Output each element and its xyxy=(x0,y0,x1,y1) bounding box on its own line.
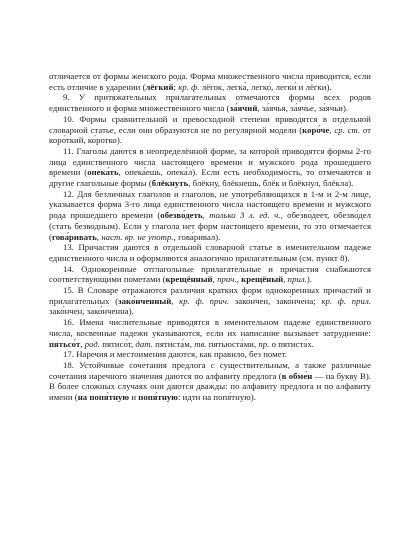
text-run: ). xyxy=(307,274,312,284)
text-run: тв. xyxy=(194,339,206,349)
paragraph: отличается от формы женского рода. Форма… xyxy=(49,71,371,92)
text-block: отличается от формы женского рода. Форма… xyxy=(49,71,371,403)
text-run: пр. xyxy=(258,339,269,349)
text-run: кр. ф. xyxy=(178,82,199,92)
text-run: крещённый xyxy=(165,274,212,284)
text-run: о пятиста́х. xyxy=(269,339,314,349)
text-run: блёкнуть xyxy=(152,178,188,188)
text-run: зако́нчен, зако́нчена; xyxy=(229,296,321,306)
text-run: на попя́тную xyxy=(78,392,129,402)
paragraph: 15. В Словаре отражаются различия кратки… xyxy=(49,285,371,317)
text-run: пятьюста́ми, xyxy=(207,339,259,349)
paragraph: 14. Однокоренные отглагольные прилагател… xyxy=(49,264,371,285)
paragraph: 12. Для безличных глаголов и глаголов, н… xyxy=(49,189,371,243)
paragraph: 13. Причастия даются в отдельной словарн… xyxy=(49,242,371,263)
text-run: : идти на попя́тную). xyxy=(178,392,256,402)
text-run: , xyxy=(171,296,179,306)
text-run: пятьсо́т xyxy=(49,339,80,349)
paragraph: 18. Устойчивые сочетания предлога с суще… xyxy=(49,360,371,403)
text-run: зако́нченный xyxy=(118,296,171,306)
text-run: гова́ривал). xyxy=(176,232,221,242)
text-run: лёгок, легка́, легко́, легки́ и лёгки). xyxy=(200,82,332,92)
paragraph: 16. Имена числительные приводятся в имен… xyxy=(49,317,371,349)
paragraph: 10. Формы сравнительной и превосходной с… xyxy=(49,114,371,146)
text-run: в обме́н xyxy=(282,371,313,381)
text-run: 17. Наречия и местоимения даются, как пр… xyxy=(63,349,287,359)
paragraph: 9. У притяжательных прилагательных отмеч… xyxy=(49,92,371,113)
text-run: 13. Причастия даются в отдельной словарн… xyxy=(49,242,371,263)
text-run: гова́ривать xyxy=(52,232,97,242)
text-run: дат. xyxy=(135,339,153,349)
text-run: род. xyxy=(85,339,100,349)
text-run: попя́тную xyxy=(138,392,178,402)
text-run: обезво́деть xyxy=(160,210,202,220)
text-run: 16. Имена числительные приводятся в имен… xyxy=(49,317,371,338)
text-run: прил. xyxy=(288,274,307,284)
paragraph: 11. Глаголы даются в неопределённой форм… xyxy=(49,146,371,189)
text-run: пятиста́м, xyxy=(153,339,194,349)
text-run: пятисо́т, xyxy=(100,339,135,349)
text-run: кр. ф. прил. xyxy=(321,296,371,306)
text-run: наст. вр. не употр., xyxy=(101,232,176,242)
text-run: , за́ячья, за́ячье, за́ячьи). xyxy=(257,103,348,113)
text-run: крещёный xyxy=(241,274,283,284)
text-run: опека́ть xyxy=(87,167,118,177)
text-run: зако́нчен, зако́нченна). xyxy=(49,306,134,316)
text-run: лёгкий xyxy=(146,82,174,92)
text-run: , блёкну, блёкнешь, блёк и блёкнул, блёк… xyxy=(188,178,353,188)
text-run: и xyxy=(129,392,138,402)
document-page: отличается от формы женского рода. Форма… xyxy=(0,0,410,540)
text-run: только 3 л. ед. ч., xyxy=(209,210,283,220)
text-run: кр. ф. прич. xyxy=(179,296,229,306)
text-run: за́ячий xyxy=(230,103,258,113)
text-run: коро́че xyxy=(302,125,329,135)
text-run: ср. ст. xyxy=(334,125,360,135)
paragraph: 17. Наречия и местоимения даются, как пр… xyxy=(49,349,371,360)
text-run: прич. xyxy=(217,274,237,284)
